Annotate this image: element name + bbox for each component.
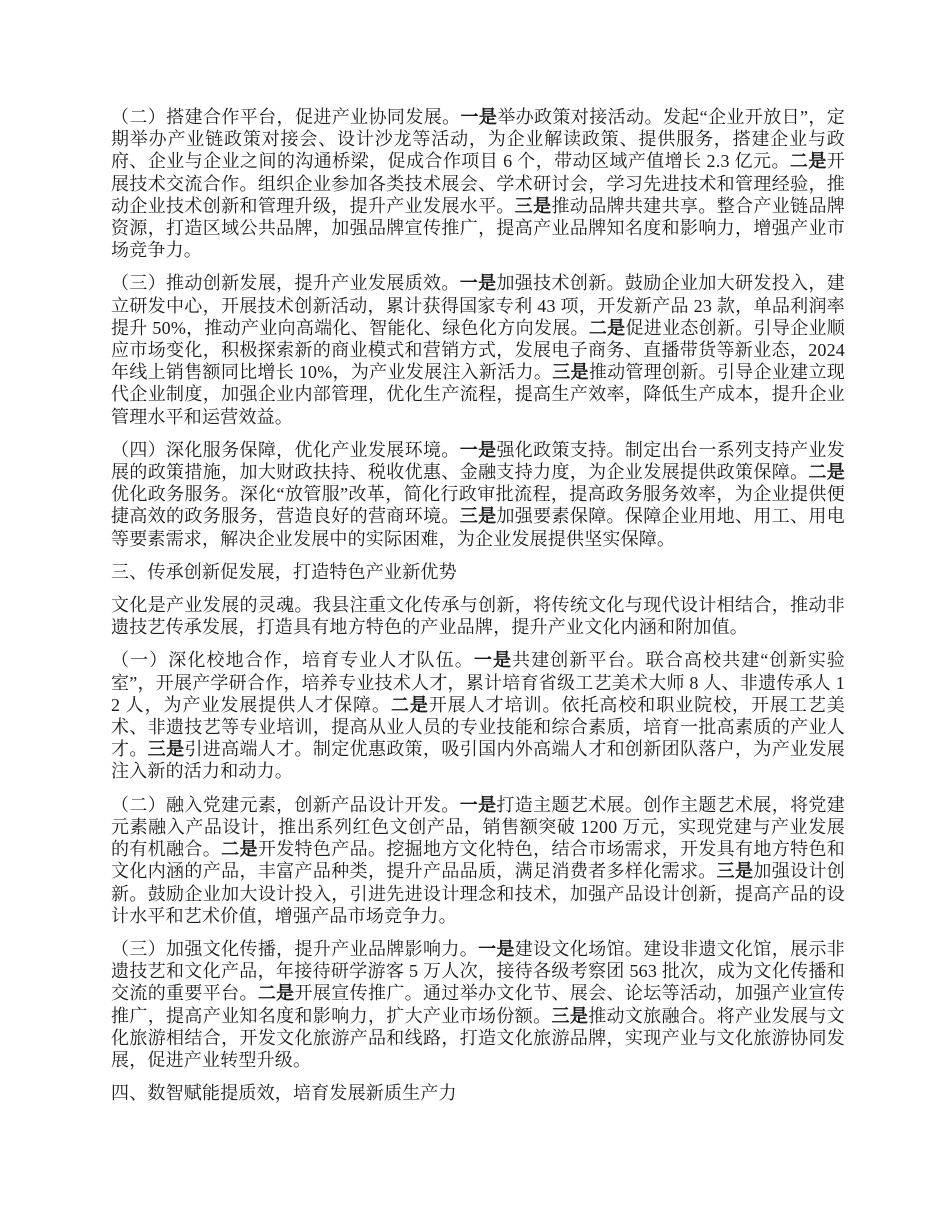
ordinal-emphasis-text: 三是	[717, 861, 754, 881]
section-2-cooperation-platform: （二）搭建合作平台，促进产业协同发展。一是举办政策对接活动。发起“企业开放日”，…	[111, 106, 845, 261]
ordinal-emphasis-text: 二是	[221, 839, 258, 859]
ordinal-emphasis-text: 一是	[461, 107, 498, 127]
ordinal-emphasis-text: 二是	[391, 695, 429, 715]
ordinal-emphasis-text: 三是	[552, 362, 589, 382]
ordinal-emphasis-text: 一是	[478, 939, 515, 959]
body-text-run: 引进高端人才。制定优惠政策，吸引国内外高端人才和创新团队落户，为产业发展注入新的…	[111, 739, 845, 781]
ordinal-emphasis-text: 三是	[515, 196, 552, 216]
ordinal-emphasis-text: 一是	[460, 440, 497, 460]
body-text-run: 三、传承创新促发展，打造特色产业新优势	[111, 562, 457, 582]
ordinal-emphasis-text: 三是	[148, 739, 185, 759]
paragraph-culture-intro: 文化是产业发展的灵魂。我县注重文化传承与创新，将传统文化与现代设计相结合，推动非…	[111, 594, 845, 638]
ordinal-emphasis-text: 二是	[808, 462, 845, 482]
body-text-run: （一）深化校地合作，培育专业人才队伍。	[111, 650, 474, 670]
section-3-3-culture-communication: （三）加强文化传播，提升产业品牌影响力。一是建设文化场馆。建设非遗文化馆，展示非…	[111, 938, 845, 1071]
document-page: （二）搭建合作平台，促进产业协同发展。一是举办政策对接活动。发起“企业开放日”，…	[0, 0, 950, 1230]
heading-part-3-culture-heritage: 三、传承创新促发展，打造特色产业新优势	[111, 561, 845, 583]
section-4-service-guarantee: （四）深化服务保障，优化产业发展环境。一是强化政策支持。制定出台一系列支持产业发…	[111, 439, 845, 550]
body-text-run: 四、数智赋能提质效，培育发展新质生产力	[111, 1083, 457, 1103]
document-body: （二）搭建合作平台，促进产业协同发展。一是举办政策对接活动。发起“企业开放日”，…	[111, 106, 845, 1104]
ordinal-emphasis-text: 一是	[460, 795, 497, 815]
body-text-run: （三）推动创新发展，提升产业发展质效。	[111, 273, 460, 293]
ordinal-emphasis-text: 二是	[258, 983, 295, 1003]
ordinal-emphasis-text: 三是	[551, 1006, 588, 1026]
body-text-run: 文化是产业发展的灵魂。我县注重文化传承与创新，将传统文化与现代设计相结合，推动非…	[111, 595, 845, 637]
body-text-run: （四）深化服务保障，优化产业发展环境。	[111, 440, 460, 460]
ordinal-emphasis-text: 一是	[460, 273, 497, 293]
body-text-run: （三）加强文化传播，提升产业品牌影响力。	[111, 939, 478, 959]
ordinal-emphasis-text: 二是	[790, 151, 827, 171]
body-text-run: （二）搭建合作平台，促进产业协同发展。	[111, 107, 461, 127]
ordinal-emphasis-text: 一是	[474, 650, 512, 670]
ordinal-emphasis-text: 三是	[460, 506, 497, 526]
section-3-innovation-development: （三）推动创新发展，提升产业发展质效。一是加强技术创新。鼓励企业加大研发投入，建…	[111, 272, 845, 427]
heading-part-4-digital-intelligence: 四、数智赋能提质效，培育发展新质生产力	[111, 1082, 845, 1104]
ordinal-emphasis-text: 二是	[589, 318, 626, 338]
body-text-run: （二）融入党建元素，创新产品设计开发。	[111, 795, 460, 815]
section-3-2-party-building-elements: （二）融入党建元素，创新产品设计开发。一是打造主题艺术展。创作主题艺术展，将党建…	[111, 794, 845, 927]
section-3-1-school-local-cooperation: （一）深化校地合作，培育专业人才队伍。一是共建创新平台。联合高校共建“创新实验室…	[111, 649, 845, 782]
